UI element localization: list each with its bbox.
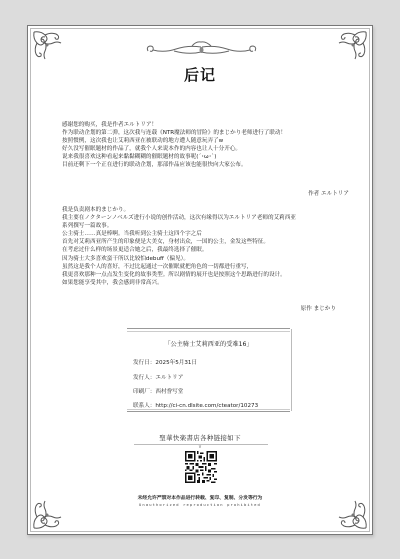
book-title: 「公主骑士艾莉西亚的受难16」 (127, 339, 290, 348)
colophon-row-contact: 联系人：http://ci-cn.dlsite.com/cteator/1027… (133, 401, 258, 409)
paragraph-line: 作为联动企划的第二弹，这次我与连载《NTR魔法师的冒险》的まじかり老师进行了联动… (62, 129, 362, 137)
paragraph-line: 目前还剩下一个正在进行的联动企划，那部作品应该也能很快向大家公布。 (62, 161, 362, 169)
paragraph-line: 如果您能享受其中，我会感到非常高兴。 (62, 279, 362, 287)
paragraph-line: 虽然这是我个人的喜好，不过比起通过一次催眠就把角色的一切都进行重写， (62, 263, 362, 271)
copyright-notice-cn: 未经允许严禁对本作品进行转载、复印、复制、分发等行为 (28, 494, 372, 501)
row-value: 西村誊写堂 (155, 389, 183, 395)
colophon-row-publisher: 发行人：エルトリア (133, 373, 183, 381)
title-ornament-icon (144, 39, 259, 59)
paragraph-line: 系列撰写一篇故事。 (62, 222, 362, 230)
colophon-row-date: 发行日：2025年5月31日 (133, 358, 197, 366)
paragraph-line: 在考虑过什么样的场景更适合她之后，我最终选择了催眠。 (62, 246, 362, 254)
paragraph-line: 首先对艾莉西亚所产生的印象便是大美女，身材出众，一国的公主，金发这些特征。 (62, 238, 362, 246)
corner-ornament-icon (31, 29, 71, 69)
paragraph-line: 公主骑士……真是棒啊。当我听到公主骑士这四个字之后 (62, 230, 362, 238)
paragraph-line: 因为骑士大多喜欢蛮干所以比较怕debuff（偏见）。 (62, 255, 362, 263)
paragraph-line: 感谢您的购买，我是作者エルトリア！ (62, 121, 362, 129)
colophon-row-printer: 印刷厂：西村誊写堂 (133, 387, 183, 395)
row-label: 发行人： (133, 375, 155, 381)
row-label: 联系人： (133, 403, 155, 409)
paragraph-line: 说来我很喜欢这种看起来黏黏糊糊的催眠题材的故事呢(´･ω･`) (62, 153, 362, 161)
author-afterword: 感谢您的购买，我是作者エルトリア！ 作为联动企划的第二弹，这次我与连载《NTR魔… (62, 121, 362, 170)
author-signature: 作者 エルトリア (308, 189, 349, 197)
chevron-down-icon: ∨ (196, 444, 204, 450)
contact-link[interactable]: http://ci-cn.dlsite.com/cteator/10273 (155, 403, 258, 409)
row-label: 印刷厂： (133, 389, 155, 395)
qr-code[interactable] (185, 451, 217, 483)
colophon: 「公主骑士艾莉西亚的受难16」 发行日：2025年5月31日 发行人：エルトリア… (127, 328, 290, 412)
writer-afterword: 我是负责剧本的まじかり。 我主要在ノクターンノベルズ进行小说的创作活动，这次有缘… (62, 206, 362, 287)
colophon-edge (291, 329, 292, 411)
row-value: 2025年5月31日 (155, 360, 197, 366)
copyright-notice-en: Unauthorized reproduction prohibited (28, 502, 372, 507)
paragraph-line: 我更喜欢那种一点点发生变化的故事类型。所以剧情的展开也是按照这个思路进行的设计。 (62, 271, 362, 279)
links-heading: 聖華快楽書店各种链接如下 (28, 433, 372, 442)
paragraph-line: 好久没写催眠题材的作品了，就我个人来说本作的内容也让人十分开心。 (62, 145, 362, 153)
paragraph-line: 我主要在ノクターンノベルズ进行小说的创作活动，这次有缘得以为エルトリア老师的艾莉… (62, 214, 362, 222)
writer-signature: 原作 まじかり (301, 304, 336, 312)
row-value: エルトリア (155, 375, 183, 381)
afterword-page: 后记 感谢您的购买，我是作者エルトリア！ 作为联动企划的第二弹，这次我与连载《N… (27, 25, 373, 535)
corner-ornament-icon (329, 29, 369, 69)
page-title: 后记 (28, 64, 372, 85)
row-label: 发行日： (133, 360, 155, 366)
paragraph-line: 我是负责剧本的まじかり。 (62, 206, 362, 214)
paragraph-line: 按照惯例，这次我也让艾莉西亚在被联动的地方遭人随意玩弄了w (62, 137, 362, 145)
